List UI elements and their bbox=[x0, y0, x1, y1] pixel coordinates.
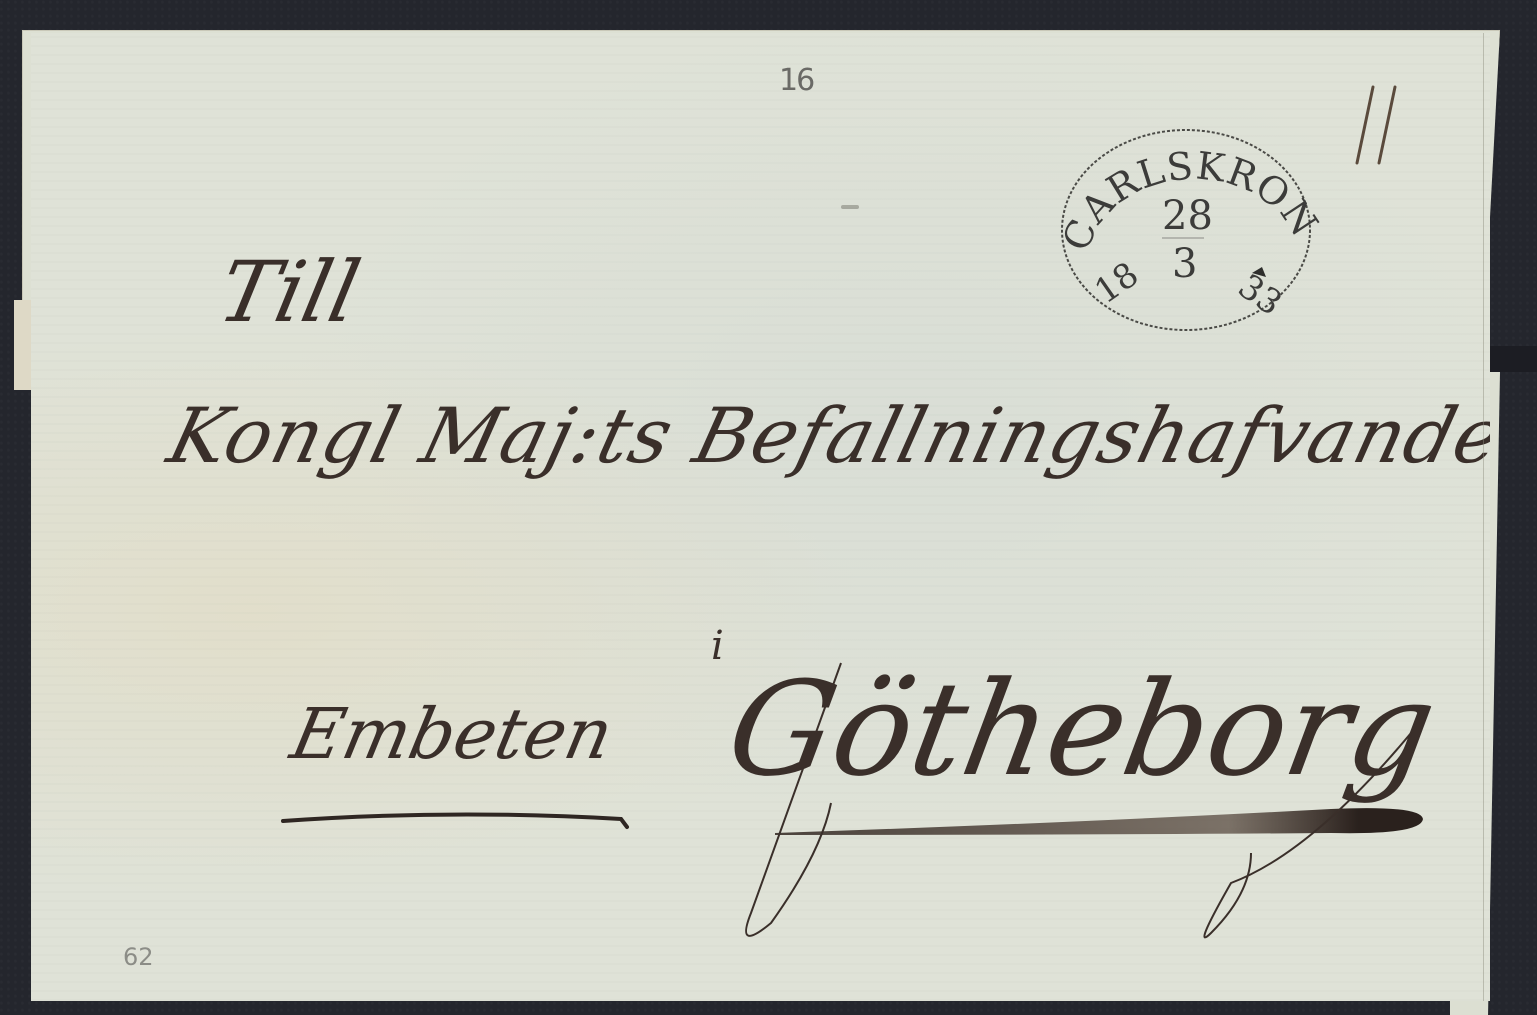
sheet-notch bbox=[1488, 346, 1537, 372]
paper-smudge bbox=[841, 205, 859, 209]
address-line-recipient: Kongl Maj:ts Befallningshafvande bbox=[160, 391, 1513, 480]
pencil-mark-bottom: 62 bbox=[123, 943, 154, 971]
rate-mark-11-icon bbox=[1351, 83, 1411, 173]
underline-stroke-left bbox=[281, 803, 641, 833]
script-loop-final-g bbox=[1111, 733, 1431, 953]
address-prefix-i: i bbox=[711, 623, 724, 669]
svg-text:3: 3 bbox=[1172, 241, 1197, 287]
svg-text:28: 28 bbox=[1162, 193, 1213, 239]
script-loop-g bbox=[731, 653, 871, 953]
postmark-stamp: CARLSKRONA 28 3 18 33 bbox=[1058, 125, 1328, 335]
svg-text:18: 18 bbox=[1088, 254, 1146, 312]
address-line-till: Till bbox=[211, 243, 368, 341]
pencil-mark-top: 16 bbox=[779, 63, 813, 98]
letter-cover: 16 62 CARLSKRONA 28 3 18 33 Till Kongl M… bbox=[31, 33, 1490, 1001]
address-embeten: Embeten bbox=[284, 693, 620, 775]
